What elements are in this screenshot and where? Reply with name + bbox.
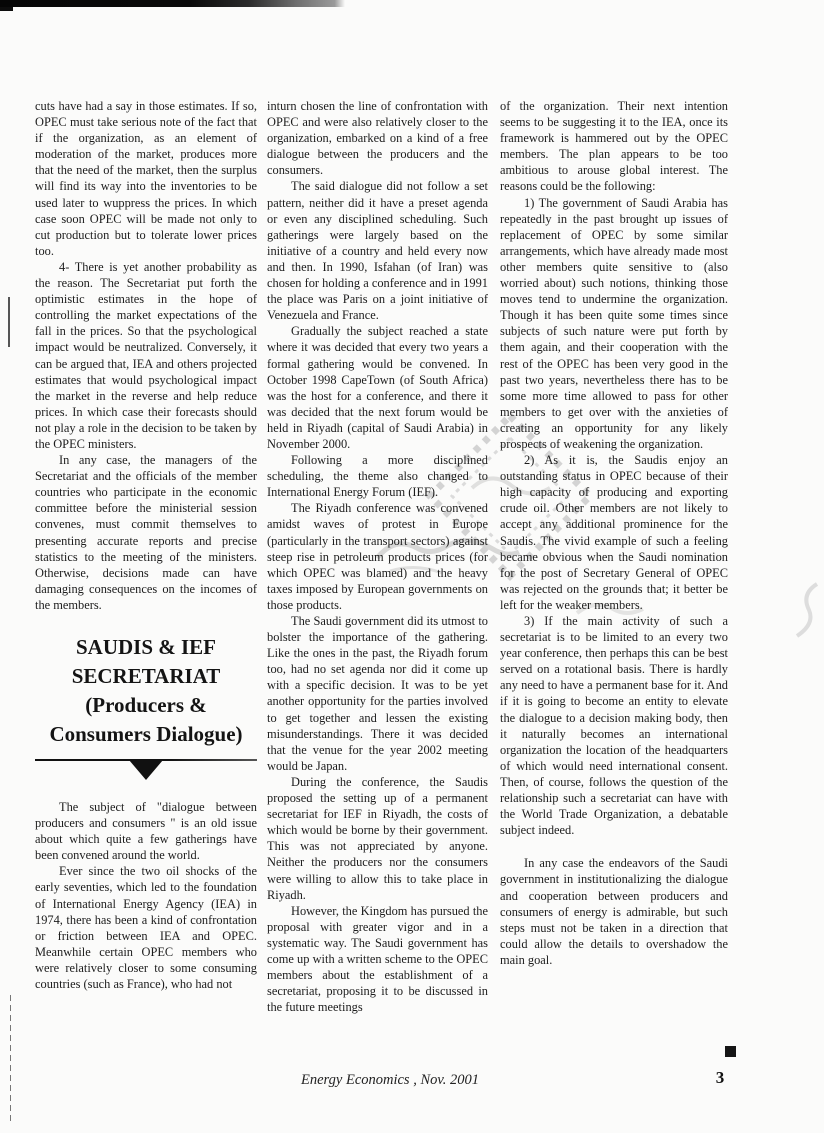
- paragraph: cuts have had a say in those estimates. …: [35, 98, 257, 259]
- page-number: 3: [700, 1068, 740, 1088]
- paragraph: Ever since the two oil shocks of the ear…: [35, 863, 257, 992]
- paragraph: Gradually the subject reached a state wh…: [267, 323, 488, 452]
- column-3: of the organization. Their next intentio…: [500, 98, 728, 1083]
- heading-line: SAUDIS & IEF: [35, 633, 257, 662]
- heading-line: (Producers &: [35, 691, 257, 720]
- watermark-flourish-icon: [792, 580, 822, 640]
- paragraph: In any case, the managers of the Secreta…: [35, 452, 257, 613]
- paragraph: The Riyadh conference was convened amids…: [267, 500, 488, 613]
- footer-journal: Energy Economics , Nov. 2001: [250, 1072, 530, 1089]
- section-heading: SAUDIS & IEF SECRETARIAT (Producers & Co…: [35, 633, 257, 749]
- paragraph: 4- There is yet another probability as t…: [35, 259, 257, 452]
- paragraph: In any case the endeavors of the Saudi g…: [500, 855, 728, 968]
- scan-artifact-line: [10, 995, 11, 1125]
- column-1: cuts have had a say in those estimates. …: [35, 98, 257, 1083]
- column-2: inturn chosen the line of confrontation …: [267, 98, 488, 1083]
- heading-line: Consumers Dialogue): [35, 720, 257, 749]
- paragraph: The Saudi government did its utmost to b…: [267, 613, 488, 774]
- paragraph: However, the Kingdom has pursued the pro…: [267, 903, 488, 1016]
- paragraph: inturn chosen the line of confrontation …: [267, 98, 488, 178]
- scan-artifact-line: [8, 297, 10, 347]
- paragraph: 1) The government of Saudi Arabia has re…: [500, 195, 728, 453]
- paragraph: During the conference, the Saudis propos…: [267, 774, 488, 903]
- scan-top-bar: [0, 0, 345, 7]
- down-triangle-icon: [129, 760, 163, 780]
- end-of-article-icon: [725, 1046, 736, 1057]
- paragraph: 3) If the main activity of such a secret…: [500, 613, 728, 838]
- heading-divider: [35, 759, 257, 783]
- scanned-magazine-page: cuts have had a say in those estimates. …: [0, 0, 824, 1133]
- paragraph: 2) As it is, the Saudis enjoy an outstan…: [500, 452, 728, 613]
- heading-line: SECRETARIAT: [35, 662, 257, 691]
- paragraph: The said dialogue did not follow a set p…: [267, 178, 488, 323]
- paragraph: of the organization. Their next intentio…: [500, 98, 728, 195]
- paragraph: The subject of "dialogue between produce…: [35, 799, 257, 863]
- paragraph: Following a more disciplined scheduling,…: [267, 452, 488, 500]
